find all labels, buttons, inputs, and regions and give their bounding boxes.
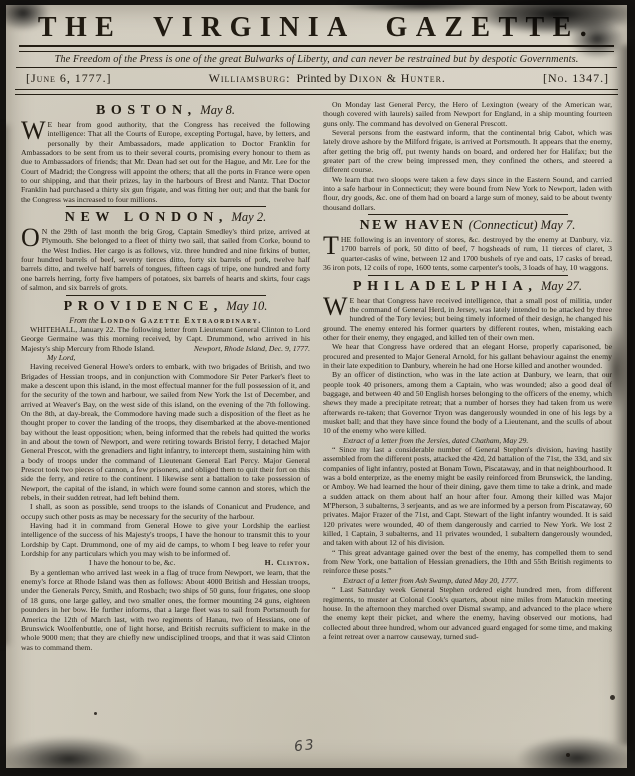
source-name: London Gazette Extraordinary.	[101, 316, 262, 325]
section-title: PHILADELPHIA,	[353, 279, 537, 294]
drop-cap: W	[21, 120, 48, 140]
masthead: THE VIRGINIA GAZETTE. The Freedom of the…	[6, 5, 627, 95]
left-column: BOSTON, May 8. WE hear from good authori…	[21, 100, 310, 652]
drop-cap: O	[21, 227, 42, 247]
section-date: May 27.	[541, 279, 582, 293]
imprint-printer: Dixon & Hunter.	[349, 71, 446, 85]
letter-salutation: My Lord,	[21, 353, 310, 362]
article-paragraph: THE following is an inventory of stores,…	[323, 235, 612, 272]
drop-cap: T	[323, 235, 341, 255]
paragraph-text: HE following is an inventory of stores, …	[323, 235, 612, 272]
article-paragraph: “ Since my last a considerable number of…	[323, 445, 612, 548]
article-paragraph: By a gentleman who arrived last week in …	[21, 568, 310, 652]
imprint-city: Williamsburg:	[209, 71, 291, 85]
article-paragraph: Several persons from the eastward inform…	[323, 128, 612, 175]
paragraph-text: E hear from good authority, that the Con…	[21, 120, 310, 204]
right-column: On Monday last General Percy, the Hero o…	[323, 100, 612, 641]
section-heading-new-haven: NEW HAVEN (Connecticut) May 7.	[323, 217, 612, 234]
section-heading-providence: PROVIDENCE, May 10.	[21, 298, 310, 315]
imprint: Williamsburg: Printed by Dixon & Hunter.	[209, 71, 446, 86]
source-prefix: From the	[69, 316, 98, 325]
section-divider	[66, 206, 266, 207]
title-divider	[19, 45, 614, 52]
section-date: May 8.	[200, 103, 235, 117]
article-paragraph: “ This great advantage gained over the b…	[323, 548, 612, 576]
section-divider	[66, 295, 266, 296]
motto: The Freedom of the Press is one of the g…	[12, 54, 621, 65]
photo-edge-shadow	[517, 736, 635, 776]
article-paragraph: By an officer of distinction, who was in…	[323, 370, 612, 435]
section-title: NEW LONDON,	[65, 210, 228, 225]
newspaper-title: THE VIRGINIA GAZETTE.	[16, 12, 617, 44]
section-date: May 2.	[232, 210, 267, 224]
speck	[566, 753, 570, 757]
section-heading-philadelphia: PHILADELPHIA, May 27.	[323, 278, 612, 295]
letter-dateline-text: Newport, Rhode Island, Dec. 9, 1777.	[194, 344, 310, 353]
signature: H. Clinton.	[265, 558, 310, 567]
section-date: (Connecticut) May 7.	[469, 218, 576, 232]
handwritten-page-number: 63	[293, 737, 317, 756]
drop-cap: W	[323, 296, 350, 316]
divider	[15, 89, 618, 95]
newspaper-page: THE VIRGINIA GAZETTE. The Freedom of the…	[6, 5, 627, 768]
speck	[94, 712, 97, 715]
speck	[610, 695, 615, 700]
issue-number: [No. 1347.]	[543, 71, 609, 86]
dateline-bar: [June 6, 1777.] Williamsburg: Printed by…	[6, 68, 627, 89]
letter-closing: I have the honour to be, &c.H. Clinton.	[21, 558, 310, 567]
paragraph-text: N the 29th of last month the brig Grog, …	[21, 227, 310, 292]
section-divider	[368, 214, 568, 215]
article-paragraph: WE hear from good authority, that the Co…	[21, 120, 310, 204]
extract-heading: Extract of a letter from the Jersies, da…	[323, 436, 612, 445]
paragraph-text: E hear that Congress have received intel…	[323, 296, 612, 342]
imprint-printed-by: Printed by	[296, 71, 346, 85]
section-title: PROVIDENCE,	[64, 299, 223, 314]
article-paragraph: Having had it in command from General Ho…	[21, 521, 310, 558]
section-date: May 10.	[226, 299, 267, 313]
article-paragraph: ON the 29th of last month the brig Grog,…	[21, 227, 310, 292]
section-heading-boston: BOSTON, May 8.	[21, 102, 310, 119]
article-paragraph: We learn that two sloops were taken a fe…	[323, 175, 612, 212]
article-paragraph: “ Last Saturday week General Stephen ord…	[323, 585, 612, 641]
photo-background: THE VIRGINIA GAZETTE. The Freedom of the…	[0, 0, 635, 776]
section-heading-new-london: NEW LONDON, May 2.	[21, 209, 310, 226]
source-attribution: From the London Gazette Extraordinary.	[21, 316, 310, 325]
section-title: NEW HAVEN	[360, 218, 466, 233]
issue-date: [June 6, 1777.]	[26, 71, 112, 86]
photo-edge-shadow	[0, 736, 144, 776]
body-columns: BOSTON, May 8. WE hear from good authori…	[6, 100, 627, 652]
section-title: BOSTON,	[96, 103, 197, 118]
article-paragraph: We hear that Congress have ordered that …	[323, 342, 612, 370]
article-paragraph: Having received General Howe's orders to…	[21, 362, 310, 502]
article-paragraph: On Monday last General Percy, the Hero o…	[323, 100, 612, 128]
article-paragraph: WE hear that Congress have received inte…	[323, 296, 612, 343]
section-divider	[368, 275, 568, 276]
closing-text: I have the honour to be, &c.	[89, 558, 175, 567]
extract-heading: Extract of a letter from Ash Swamp, date…	[323, 576, 612, 585]
article-paragraph: I shall, as soon as possible, send troop…	[21, 502, 310, 521]
